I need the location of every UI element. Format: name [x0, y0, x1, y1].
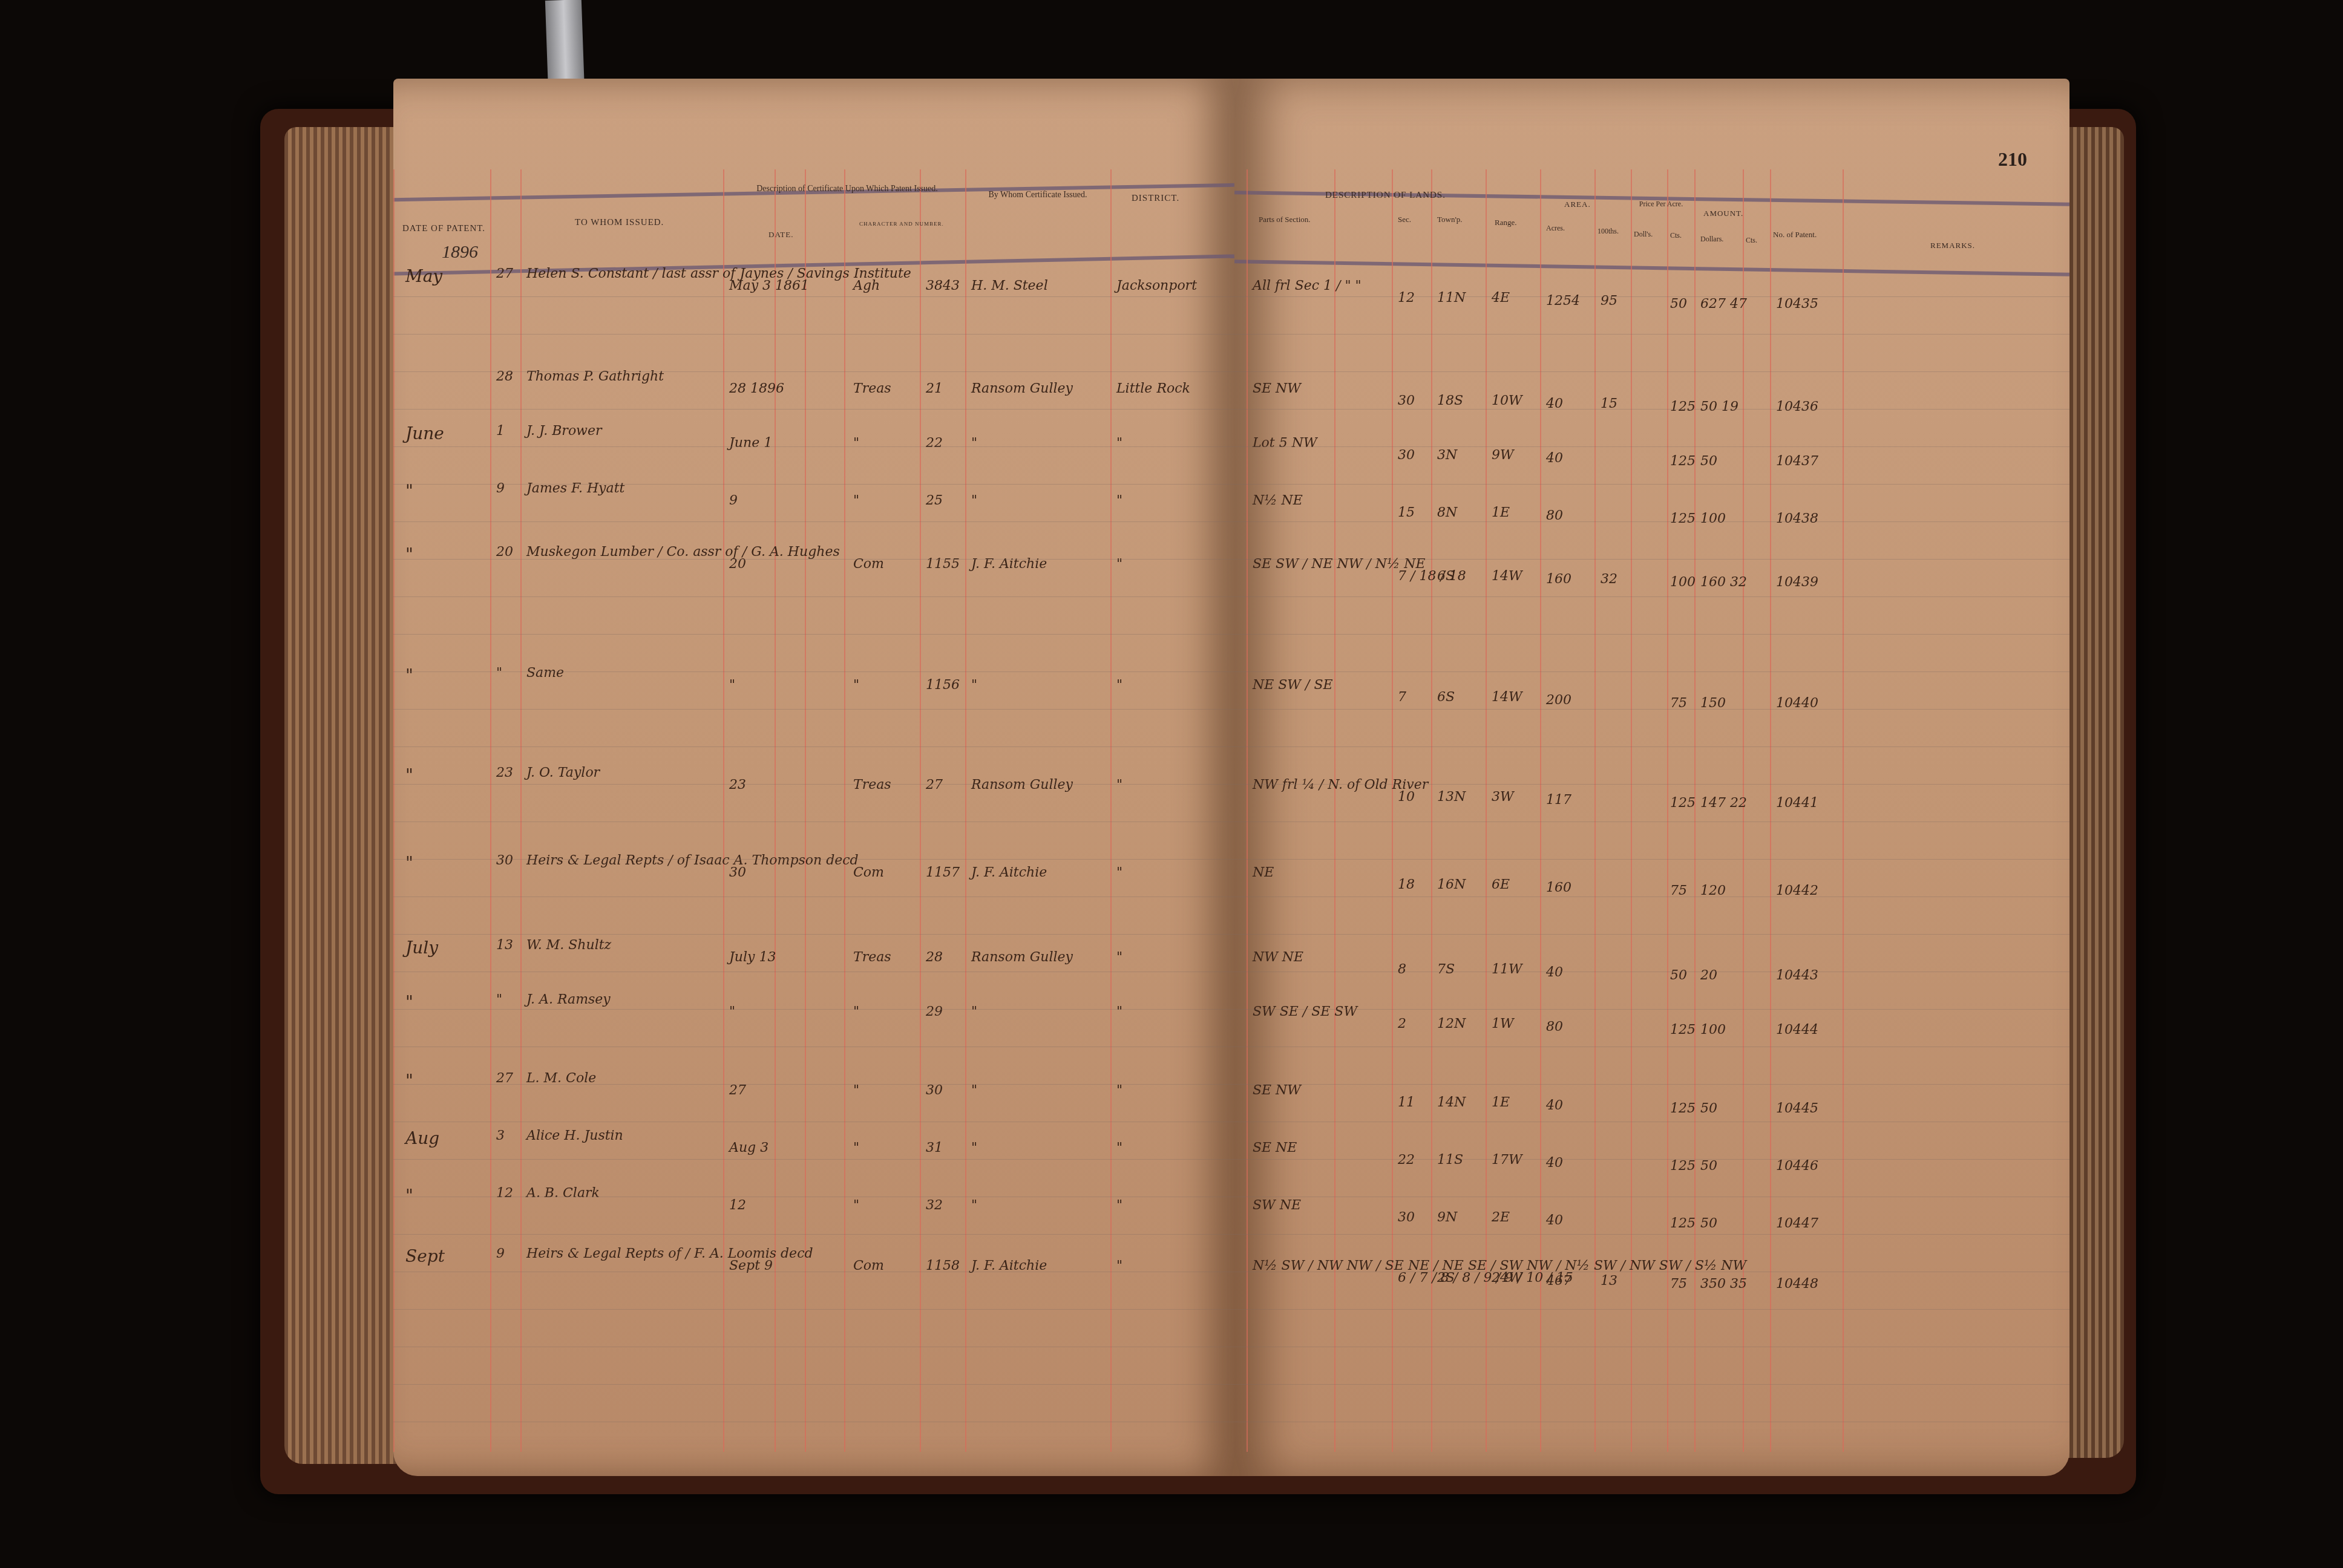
entry-by-whom: "	[971, 1004, 977, 1019]
entry-range: 14W	[1492, 569, 1522, 584]
entry-cert-date: 9	[729, 493, 738, 508]
entry-parts-of-section: NE	[1253, 865, 1274, 880]
ledger-line	[393, 521, 1234, 522]
entry-cert-date: "	[729, 1004, 735, 1019]
entry-month: July	[405, 938, 438, 958]
entry-price: 125	[1670, 399, 1696, 414]
entry-patent-number: 10448	[1776, 1276, 1818, 1292]
entry-name: J. J. Brower	[526, 423, 602, 439]
entry-character: Com	[853, 865, 884, 880]
ledger-line	[393, 1009, 1234, 1010]
entry-cert-number: 29	[926, 1004, 943, 1019]
entry-sec: 22	[1398, 1152, 1415, 1168]
entry-day: 27	[496, 266, 513, 281]
entry-range: 1W	[1492, 1016, 1514, 1031]
entry-month: "	[405, 765, 413, 785]
entry-township: 2S	[1437, 1270, 1455, 1285]
entry-price: 100	[1670, 575, 1696, 590]
page-number: 210	[1998, 148, 2027, 171]
header-rule-bottom	[1234, 260, 2069, 276]
entry-price: 75	[1670, 1276, 1687, 1292]
entry-district: "	[1116, 1004, 1122, 1019]
entry-cert-date: "	[729, 678, 735, 693]
ledger-line	[393, 897, 1234, 897]
entry-district: Little Rock	[1116, 381, 1190, 396]
header-no-of-patent: No. of Patent.	[1773, 230, 1817, 240]
entry-cert-date: 30	[729, 865, 746, 880]
entry-name: Muskegon Lumber / Co. assr of / G. A. Hu…	[526, 544, 840, 560]
ledger-line	[393, 934, 1234, 935]
entry-district: "	[1116, 436, 1122, 451]
ledger-line	[393, 1084, 1234, 1085]
entry-month: May	[405, 266, 442, 286]
entry-township: 3N	[1437, 448, 1457, 463]
entry-character: "	[853, 1083, 859, 1098]
ledger-line	[1234, 934, 2069, 935]
entry-township: 13N	[1437, 789, 1466, 805]
header-sec: Sec.	[1398, 215, 1411, 224]
ledger-line	[1234, 484, 2069, 485]
entry-character: "	[853, 493, 859, 508]
header-price-cents: Cts.	[1670, 231, 1682, 240]
entry-month: "	[405, 665, 413, 685]
entry-cert-date: 12	[729, 1198, 746, 1213]
entry-day: 9	[496, 481, 505, 496]
entry-amount: 50 19	[1700, 399, 1738, 414]
entry-amount: 147 22	[1700, 795, 1747, 811]
ledger-line	[393, 484, 1234, 485]
ledger-line	[393, 634, 1234, 635]
ledger-line	[1234, 784, 2069, 785]
entry-district: "	[1116, 1140, 1122, 1155]
entry-sec: 12	[1398, 290, 1415, 305]
ledger-line	[1234, 859, 2069, 860]
entry-character: "	[853, 1004, 859, 1019]
ledger-line	[393, 334, 1234, 335]
ledger-line	[393, 1422, 1234, 1422]
header-cert-date: DATE.	[768, 230, 793, 240]
header-certificate-description: Description of Certificate Upon Which Pa…	[738, 185, 956, 194]
entry-parts-of-section: NE SW / SE	[1253, 678, 1333, 693]
entry-day: 1	[496, 423, 505, 439]
entry-name: Alice H. Justin	[526, 1128, 623, 1143]
entry-day: 23	[496, 765, 513, 780]
entry-month: "	[405, 1071, 413, 1091]
ledger-line	[1234, 1422, 2069, 1422]
entry-price: 125	[1670, 1101, 1696, 1116]
entry-by-whom: J. F. Aitchie	[971, 865, 1047, 880]
entry-township: 7S	[1437, 962, 1455, 977]
header-price-dollars: Doll's.	[1634, 230, 1653, 239]
entry-by-whom: Ransom Gulley	[971, 777, 1073, 792]
entry-cert-number: 25	[926, 493, 943, 508]
entry-district: "	[1116, 1083, 1122, 1098]
entry-cert-number: 21	[926, 381, 943, 396]
entry-township: 8N	[1437, 505, 1457, 520]
ledger-line	[1234, 1084, 2069, 1085]
ledger-line	[1234, 1159, 2069, 1160]
entry-name: James F. Hyatt	[526, 481, 624, 496]
entry-character: Agh	[853, 278, 880, 293]
header-township: Town'p.	[1437, 215, 1463, 224]
entry-price: 125	[1670, 454, 1696, 469]
entry-sec: 18	[1398, 877, 1415, 892]
entry-acres: 160	[1546, 572, 1571, 587]
header-area: AREA.	[1564, 200, 1591, 209]
ledger-line	[1234, 897, 2069, 897]
ledger-line	[393, 972, 1234, 972]
entry-by-whom: Ransom Gulley	[971, 381, 1073, 396]
entry-range: 4E	[1492, 290, 1510, 305]
entry-character: "	[853, 678, 859, 693]
ledger-line	[393, 1047, 1234, 1047]
ledger-line	[1234, 1197, 2069, 1197]
entry-township: 6S	[1437, 569, 1455, 584]
entry-day: 30	[496, 853, 513, 868]
entry-by-whom: "	[971, 1198, 977, 1213]
entry-price: 125	[1670, 1158, 1696, 1174]
entry-acres: 1254	[1546, 293, 1580, 309]
entry-name: A. B. Clark	[526, 1186, 600, 1201]
entry-cert-date: 27	[729, 1083, 746, 1098]
entry-day: 12	[496, 1186, 513, 1201]
entry-district: "	[1116, 1198, 1122, 1213]
entry-acres: 40	[1546, 1155, 1563, 1171]
ledger-line	[393, 1122, 1234, 1122]
ledger-line	[1234, 521, 2069, 522]
entry-price: 125	[1670, 1022, 1696, 1037]
entry-patent-number: 10446	[1776, 1158, 1818, 1174]
ledger-line	[1234, 1009, 2069, 1010]
entry-cert-number: 27	[926, 777, 943, 792]
ledger-line	[1234, 746, 2069, 747]
entry-by-whom: "	[971, 436, 977, 451]
entry-amount: 160 32	[1700, 575, 1747, 590]
header-cert-character: CHARACTER AND NUMBER.	[859, 221, 944, 227]
ledger-line	[1234, 822, 2069, 822]
header-amount-cents: Cts.	[1746, 236, 1757, 245]
ledger-line	[393, 446, 1234, 447]
ledger-line	[1234, 709, 2069, 710]
ledger-line	[393, 371, 1234, 372]
entry-range: 3W	[1492, 789, 1514, 805]
header-to-whom-issued: TO WHOM ISSUED.	[575, 218, 664, 228]
entry-township: 11N	[1437, 290, 1466, 305]
ledger-line	[1234, 1122, 2069, 1122]
entry-cert-date: 23	[729, 777, 746, 792]
entry-parts-of-section: SE NE	[1253, 1140, 1297, 1155]
entry-character: "	[853, 1140, 859, 1155]
header-parts-of-section: Parts of Section.	[1259, 215, 1311, 224]
header-acres: Acres.	[1546, 224, 1565, 233]
entry-by-whom: "	[971, 493, 977, 508]
entry-by-whom: "	[971, 1140, 977, 1155]
entry-character: "	[853, 436, 859, 451]
entry-township: 16N	[1437, 877, 1466, 892]
entry-district: "	[1116, 678, 1122, 693]
ledger-line	[1234, 596, 2069, 597]
ledger-line	[1234, 1272, 2069, 1272]
entry-month: Aug	[405, 1128, 439, 1148]
ledger-line	[393, 1234, 1234, 1235]
ledger-line	[1234, 446, 2069, 447]
entry-patent-number: 10439	[1776, 575, 1818, 590]
entry-range: 17W	[1492, 1152, 1522, 1168]
entry-hundredths: 95	[1601, 293, 1617, 309]
entry-cert-number: 32	[926, 1198, 943, 1213]
entry-character: "	[853, 1198, 859, 1213]
entry-price: 50	[1670, 968, 1687, 983]
entry-parts-of-section: SE NW	[1253, 1083, 1301, 1098]
entry-amount: 50	[1700, 1158, 1717, 1174]
entry-by-whom: "	[971, 1083, 977, 1098]
entry-patent-number: 10447	[1776, 1216, 1818, 1231]
entry-cert-number: 22	[926, 436, 943, 451]
entry-amount: 100	[1700, 1022, 1726, 1037]
entry-month: June	[405, 423, 444, 443]
header-amount-dollars: Dollars.	[1700, 235, 1723, 244]
entry-district: "	[1116, 865, 1122, 880]
entry-patent-number: 10444	[1776, 1022, 1818, 1037]
entry-name: Heirs & Legal Repts / of Isaac A. Thomps…	[526, 853, 859, 868]
ledger-line	[393, 822, 1234, 822]
entry-acres: 80	[1546, 1019, 1563, 1034]
entry-parts-of-section: SW SE / SE SW	[1253, 1004, 1357, 1019]
entry-cert-number: 28	[926, 950, 943, 965]
entry-sec: 30	[1398, 393, 1415, 408]
entry-parts-of-section: NW NE	[1253, 950, 1303, 965]
ledger-line	[393, 409, 1234, 410]
header-range: Range.	[1495, 218, 1516, 227]
ledger-line	[1234, 1347, 2069, 1347]
entry-patent-number: 10438	[1776, 511, 1818, 526]
entry-acres: 467	[1546, 1273, 1571, 1289]
entry-amount: 350 35	[1700, 1276, 1747, 1292]
ledger-line	[393, 1309, 1234, 1310]
ledger-line	[1234, 559, 2069, 560]
entry-township: 11S	[1437, 1152, 1463, 1168]
entry-character: Treas	[853, 381, 891, 396]
entry-by-whom: Ransom Gulley	[971, 950, 1073, 965]
entry-sec: 7 / 18 / 18	[1398, 569, 1466, 584]
ledger-line	[1234, 1309, 2069, 1310]
entry-patent-number: 10436	[1776, 399, 1818, 414]
entry-parts-of-section: SE NW	[1253, 381, 1301, 396]
ledger-line	[1234, 671, 2069, 672]
entry-month: Sept	[405, 1246, 445, 1266]
entry-range: 10W	[1492, 393, 1522, 408]
entry-sec: 15	[1398, 505, 1415, 520]
entry-sec: 30	[1398, 1210, 1415, 1225]
left-page: DATE OF PATENT. 1896 TO WHOM ISSUED. Des…	[393, 79, 1234, 1476]
entry-township: 18S	[1437, 393, 1463, 408]
entry-sec: 11	[1398, 1095, 1415, 1110]
entry-range: 9W	[1492, 448, 1514, 463]
entry-amount: 50	[1700, 1101, 1717, 1116]
entry-township: 14N	[1437, 1095, 1466, 1110]
entry-cert-date: Aug 3	[729, 1140, 768, 1155]
entry-parts-of-section: N½ NE	[1253, 493, 1303, 508]
entry-cert-number: 31	[926, 1140, 943, 1155]
ledger-line	[393, 746, 1234, 747]
entry-name: J. O. Taylor	[526, 765, 600, 780]
entry-month: "	[405, 1186, 413, 1206]
entry-parts-of-section: All frl Sec 1 / " "	[1253, 278, 1362, 293]
ledger-line	[393, 559, 1234, 560]
entry-patent-number: 10435	[1776, 296, 1818, 312]
entry-amount: 627 47	[1700, 296, 1747, 312]
ledger-line	[1234, 972, 2069, 972]
ledger-line	[393, 596, 1234, 597]
entry-district: "	[1116, 950, 1122, 965]
entry-acres: 200	[1546, 693, 1571, 708]
ledger-line	[1234, 296, 2069, 297]
ledger-line	[1234, 334, 2069, 335]
entry-acres: 40	[1546, 1213, 1563, 1228]
header-hundredths: 100ths.	[1597, 227, 1619, 236]
ledger-line	[1234, 409, 2069, 410]
entry-amount: 50	[1700, 1216, 1717, 1231]
entry-acres: 40	[1546, 451, 1563, 466]
entry-township: 9N	[1437, 1210, 1457, 1225]
ledger-line	[393, 1347, 1234, 1347]
header-price-per-acre: Price Per Acre.	[1634, 200, 1688, 209]
entry-cert-number: 30	[926, 1083, 943, 1098]
entry-hundredths: 32	[1601, 572, 1617, 587]
entry-day: 13	[496, 938, 513, 953]
ledger-line	[393, 296, 1234, 297]
entry-day: 20	[496, 544, 513, 560]
entry-month: "	[405, 853, 413, 873]
entry-month: "	[405, 544, 413, 564]
entry-character: Treas	[853, 777, 891, 792]
entry-cert-number: 3843	[926, 278, 960, 293]
entry-cert-date: June 1	[729, 436, 772, 451]
header-by-whom: By Whom Certificate Issued.	[971, 191, 1104, 200]
page-edges-left	[284, 127, 405, 1464]
entry-range: 1E	[1492, 505, 1510, 520]
ledger-line	[1234, 371, 2069, 372]
entry-cert-date: 28 1896	[729, 381, 784, 396]
ledger-line	[1234, 634, 2069, 635]
entry-by-whom: "	[971, 678, 977, 693]
entry-range: 11W	[1492, 962, 1522, 977]
entry-day: "	[496, 665, 502, 681]
entry-name: J. A. Ramsey	[526, 992, 611, 1007]
entry-acres: 160	[1546, 880, 1571, 895]
header-date-of-patent: DATE OF PATENT.	[402, 224, 485, 234]
entry-cert-date: May 3 1861	[729, 278, 809, 293]
header-amount: AMOUNT.	[1703, 209, 1743, 218]
ledger-line	[393, 1384, 1234, 1385]
ledger-line	[1234, 1384, 2069, 1385]
entry-range: 6E	[1492, 877, 1510, 892]
entry-cert-date: July 13	[729, 950, 776, 965]
entry-district: "	[1116, 777, 1122, 792]
entry-hundredths: 13	[1601, 1273, 1617, 1289]
entry-amount: 50	[1700, 454, 1717, 469]
entry-district: "	[1116, 493, 1122, 508]
entry-price: 50	[1670, 296, 1687, 312]
entry-name: Same	[526, 665, 564, 681]
entry-township: 12N	[1437, 1016, 1466, 1031]
entry-by-whom: H. M. Steel	[971, 278, 1048, 293]
entry-range: 14W	[1492, 690, 1522, 705]
ledger-line	[393, 1197, 1234, 1197]
ledger-line	[393, 1272, 1234, 1272]
entry-amount: 20	[1700, 968, 1717, 983]
entry-sec: 8	[1398, 962, 1406, 977]
ledger-line	[393, 1159, 1234, 1160]
entry-sec: 2	[1398, 1016, 1406, 1031]
entry-price: 125	[1670, 1216, 1696, 1231]
entry-acres: 117	[1546, 792, 1571, 808]
entry-patent-number: 10445	[1776, 1101, 1818, 1116]
entry-day: "	[496, 992, 502, 1007]
entry-price: 125	[1670, 795, 1696, 811]
year-label: 1896	[442, 242, 478, 263]
header-description-of-lands: DESCRIPTION OF LANDS.	[1325, 191, 1446, 201]
entry-amount: 100	[1700, 511, 1726, 526]
entry-cert-number: 1157	[926, 865, 960, 880]
entry-day: 9	[496, 1246, 505, 1261]
entry-day: 3	[496, 1128, 505, 1143]
entry-patent-number: 10437	[1776, 454, 1818, 469]
entry-range: 2E	[1492, 1210, 1510, 1225]
ledger-line	[393, 709, 1234, 710]
right-page: 210 DESCRIPTION OF LANDS. Parts of Secti…	[1234, 79, 2069, 1476]
entry-patent-number: 10441	[1776, 795, 1818, 811]
entry-range: 24W	[1492, 1270, 1522, 1285]
entry-name: W. M. Shultz	[526, 938, 611, 953]
entry-township: 6S	[1437, 690, 1455, 705]
ledger-line	[1234, 1234, 2069, 1235]
header-district: DISTRICT.	[1132, 194, 1179, 204]
entry-patent-number: 10443	[1776, 968, 1818, 983]
entry-sec: 10	[1398, 789, 1415, 805]
entry-parts-of-section: SW NE	[1253, 1198, 1301, 1213]
entry-price: 125	[1670, 511, 1696, 526]
entry-sec: 7	[1398, 690, 1406, 705]
ledger-line	[393, 859, 1234, 860]
entry-character: Treas	[853, 950, 891, 965]
header-remarks: REMARKS.	[1930, 241, 1975, 250]
ledger-line	[393, 784, 1234, 785]
entry-parts-of-section: Lot 5 NW	[1253, 436, 1317, 451]
entry-range: 1E	[1492, 1095, 1510, 1110]
ledger-line	[1234, 1047, 2069, 1047]
ledger-line	[393, 671, 1234, 672]
entry-sec: 30	[1398, 448, 1415, 463]
entry-district: Jacksonport	[1116, 278, 1197, 293]
entry-acres: 40	[1546, 965, 1563, 980]
entry-acres: 40	[1546, 1098, 1563, 1113]
entry-cert-number: 1156	[926, 678, 960, 693]
